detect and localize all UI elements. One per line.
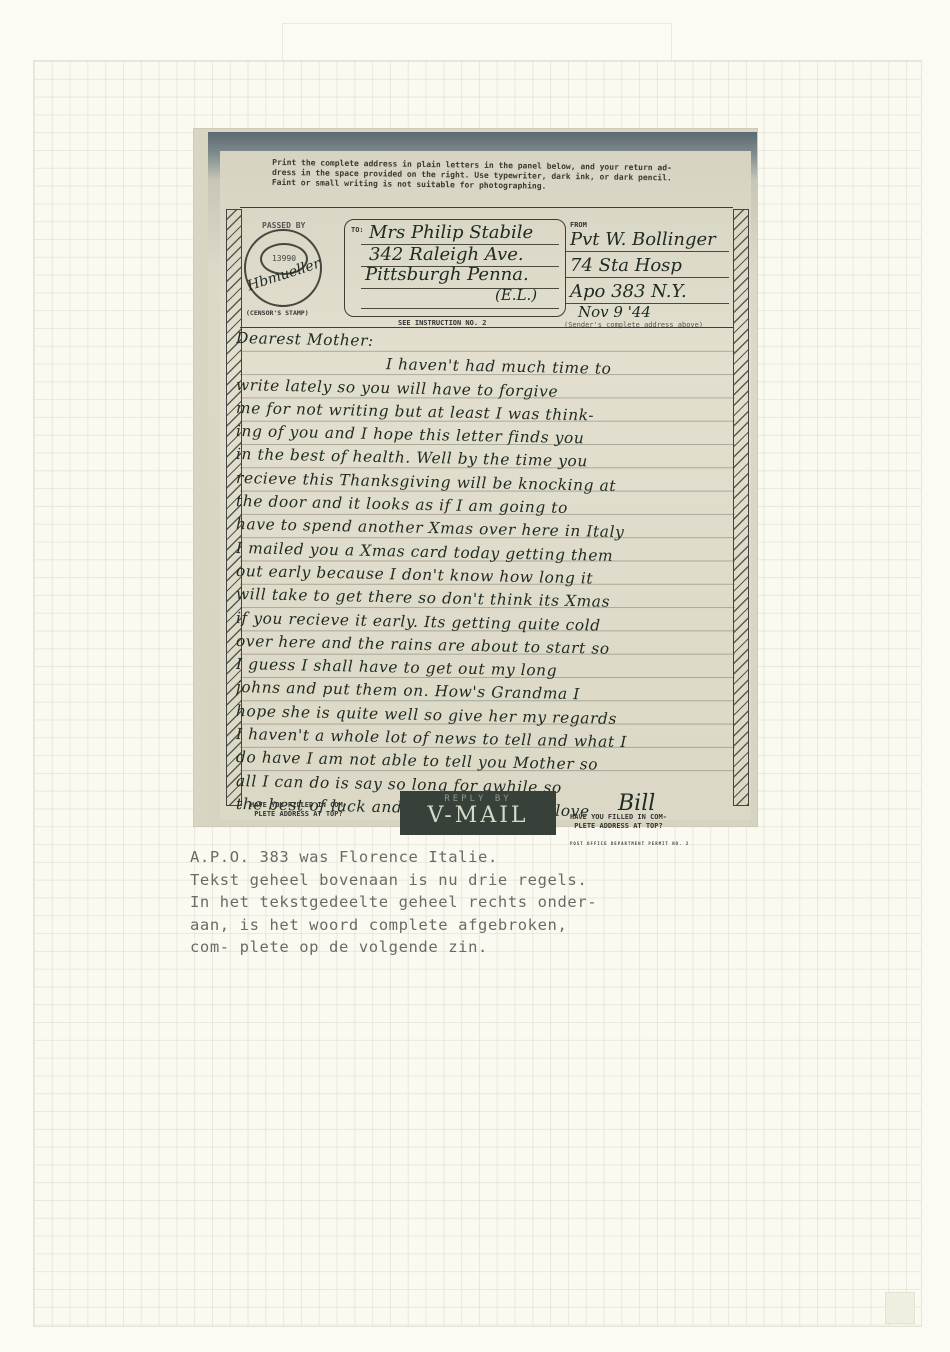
censor-stamp: PASSED BY 13990 Hbmueller (CENSOR'S STAM… xyxy=(242,221,330,325)
caption-line: com- plete op de volgende zin. xyxy=(190,936,597,959)
footer-line: HAVE YOU FILLED IN COM- xyxy=(250,801,347,810)
footer-line: PLETE ADDRESS AT TOP? xyxy=(570,822,667,831)
divider xyxy=(240,207,733,208)
from-date: Nov 9 '44 xyxy=(578,303,651,321)
censor-label: (CENSOR'S STAMP) xyxy=(246,309,309,317)
from-rule xyxy=(566,251,729,252)
address-rule xyxy=(361,308,559,309)
see-instruction: SEE INSTRUCTION NO. 2 xyxy=(398,319,487,327)
footer-question-right: HAVE YOU FILLED IN COM- PLETE ADDRESS AT… xyxy=(570,813,667,831)
vmail-letter: Print the complete address in plain lett… xyxy=(194,129,757,826)
to-line-2: 342 Raleigh Ave. xyxy=(369,244,524,265)
to-address-box: TO: Mrs Philip Stabile 342 Raleigh Ave. … xyxy=(344,219,566,317)
from-line-3: Apo 383 N.Y. xyxy=(570,281,687,302)
vmail-logo: REPLY BY V-MAIL xyxy=(400,791,556,835)
from-rule xyxy=(566,277,729,278)
letter-body: Dearest Mother: I haven't had much time … xyxy=(236,327,741,816)
footer-question-left: HAVE YOU FILLED IN COM- PLETE ADDRESS AT… xyxy=(250,801,347,819)
footer-line: HAVE YOU FILLED IN COM- xyxy=(570,813,667,822)
caption-line: A.P.O. 383 was Florence Italie. xyxy=(190,846,597,869)
from-line-2: 74 Sta Hosp xyxy=(570,255,682,276)
footer-line: PLETE ADDRESS AT TOP? xyxy=(250,810,347,819)
from-label: FROM xyxy=(570,221,587,229)
typed-caption: A.P.O. 383 was Florence Italie.Tekst geh… xyxy=(190,846,597,959)
to-line-3: Pittsburgh Penna. xyxy=(365,264,529,285)
vmail-paper: Print the complete address in plain lett… xyxy=(220,151,751,820)
to-line-1: Mrs Philip Stabile xyxy=(369,222,533,243)
from-line-1: Pvt W. Bollinger xyxy=(570,229,716,250)
printed-instructions: Print the complete address in plain lett… xyxy=(272,158,722,194)
caption-line: aan, is het woord complete afgebroken, xyxy=(190,914,597,937)
vmail-brand: V-MAIL xyxy=(400,804,556,828)
corner-mount-mark xyxy=(885,1292,915,1324)
caption-line: Tekst geheel bovenaan is nu drie regels. xyxy=(190,869,597,892)
to-line-4: (E.L.) xyxy=(495,286,537,304)
caption-line: In het tekstgedeelte geheel rechts onder… xyxy=(190,891,597,914)
to-label: TO: xyxy=(351,226,364,234)
